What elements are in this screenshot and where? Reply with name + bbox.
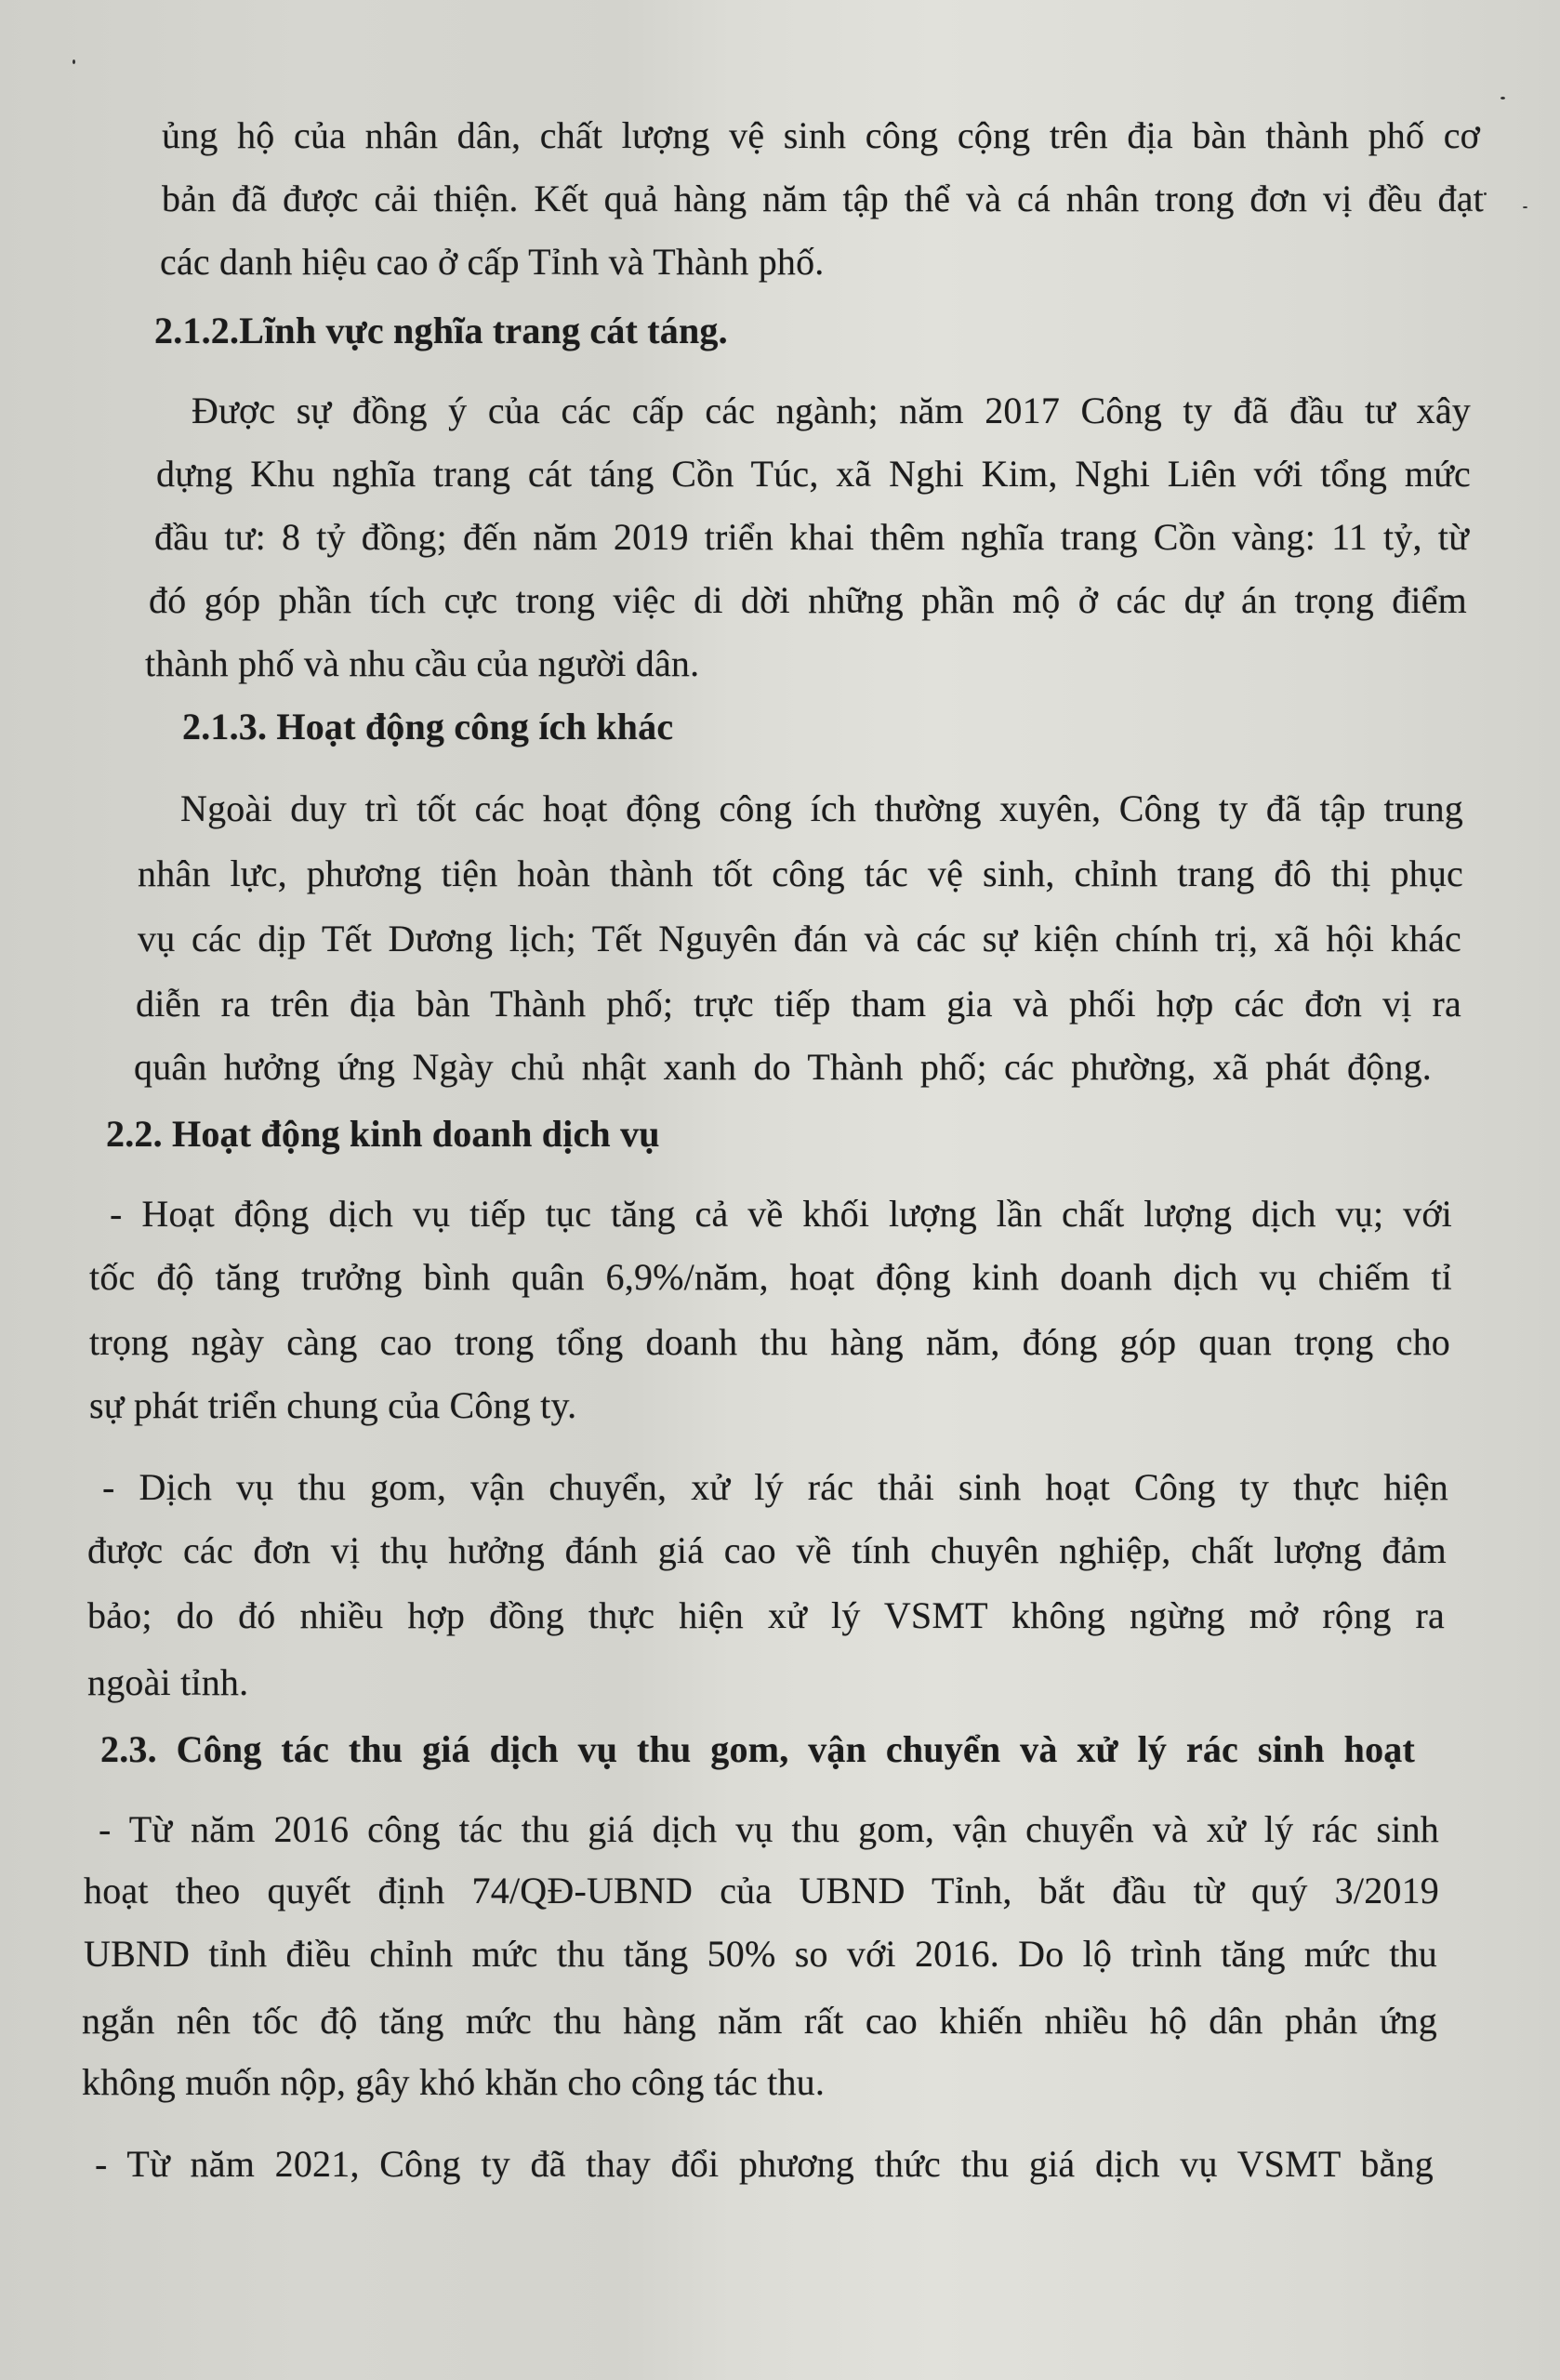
section-heading-2-3: 2.3. Công tác thu giá dịch vụ thu gom, v…: [100, 1727, 1415, 1772]
body-line: ngắn nên tốc độ tăng mức thu hàng năm rấ…: [82, 1999, 1437, 2043]
paper-speck: [1523, 206, 1527, 208]
paper-speck: [1501, 97, 1505, 99]
body-line: - Từ năm 2021, Công ty đã thay đổi phươn…: [95, 2142, 1434, 2187]
body-line: đó góp phần tích cực trong việc di dời n…: [149, 578, 1467, 623]
section-heading-2-1-3: 2.1.3. Hoạt động công ích khác: [182, 705, 673, 749]
document-page: ủng hộ của nhân dân, chất lượng vệ sinh …: [0, 0, 1560, 2380]
body-line: sự phát triển chung của Công ty.: [89, 1383, 576, 1428]
body-line: Được sự đồng ý của các cấp các ngành; nă…: [192, 389, 1471, 433]
paper-speck: [73, 59, 75, 64]
body-line: nhân lực, phương tiện hoàn thành tốt côn…: [138, 852, 1463, 896]
body-line: không muốn nộp, gây khó khăn cho công tá…: [82, 2060, 825, 2105]
body-line: dựng Khu nghĩa trang cát táng Cồn Túc, x…: [156, 452, 1471, 496]
paper-speck: [1484, 192, 1487, 195]
body-line: UBND tỉnh điều chỉnh mức thu tăng 50% so…: [84, 1932, 1437, 1977]
section-heading-2-2: 2.2. Hoạt động kinh doanh dịch vụ: [106, 1112, 660, 1157]
section-heading-2-1-2: 2.1.2.Lĩnh vực nghĩa trang cát táng.: [154, 309, 728, 353]
body-line: diễn ra trên địa bàn Thành phố; trực tiế…: [136, 982, 1461, 1026]
body-line: - Từ năm 2016 công tác thu giá dịch vụ t…: [99, 1807, 1439, 1852]
body-line: - Hoạt động dịch vụ tiếp tục tăng cả về …: [110, 1192, 1452, 1236]
body-line: Ngoài duy trì tốt các hoạt động công ích…: [180, 787, 1463, 831]
body-line: được các đơn vị thụ hưởng đánh giá cao v…: [87, 1528, 1447, 1573]
body-line: hoạt theo quyết định 74/QĐ-UBND của UBND…: [84, 1869, 1439, 1913]
body-line: ngoài tỉnh.: [87, 1660, 248, 1705]
body-line: bảo; do đó nhiều hợp đồng thực hiện xử l…: [87, 1593, 1445, 1638]
body-line: vụ các dịp Tết Dương lịch; Tết Nguyên đá…: [138, 917, 1461, 961]
body-line: tốc độ tăng trưởng bình quân 6,9%/năm, h…: [89, 1255, 1452, 1300]
body-line: - Dịch vụ thu gom, vận chuyển, xử lý rác…: [102, 1465, 1448, 1510]
body-line: ủng hộ của nhân dân, chất lượng vệ sinh …: [162, 113, 1480, 158]
body-line: quân hưởng ứng Ngày chủ nhật xanh do Thà…: [134, 1045, 1432, 1090]
body-line: bản đã được cải thiện. Kết quả hàng năm …: [162, 177, 1484, 221]
body-line: thành phố và nhu cầu của người dân.: [145, 641, 699, 686]
body-line: trọng ngày càng cao trong tổng doanh thu…: [89, 1320, 1450, 1365]
body-line: các danh hiệu cao ở cấp Tỉnh và Thành ph…: [160, 240, 825, 284]
body-line: đầu tư: 8 tỷ đồng; đến năm 2019 triển kh…: [154, 515, 1469, 560]
